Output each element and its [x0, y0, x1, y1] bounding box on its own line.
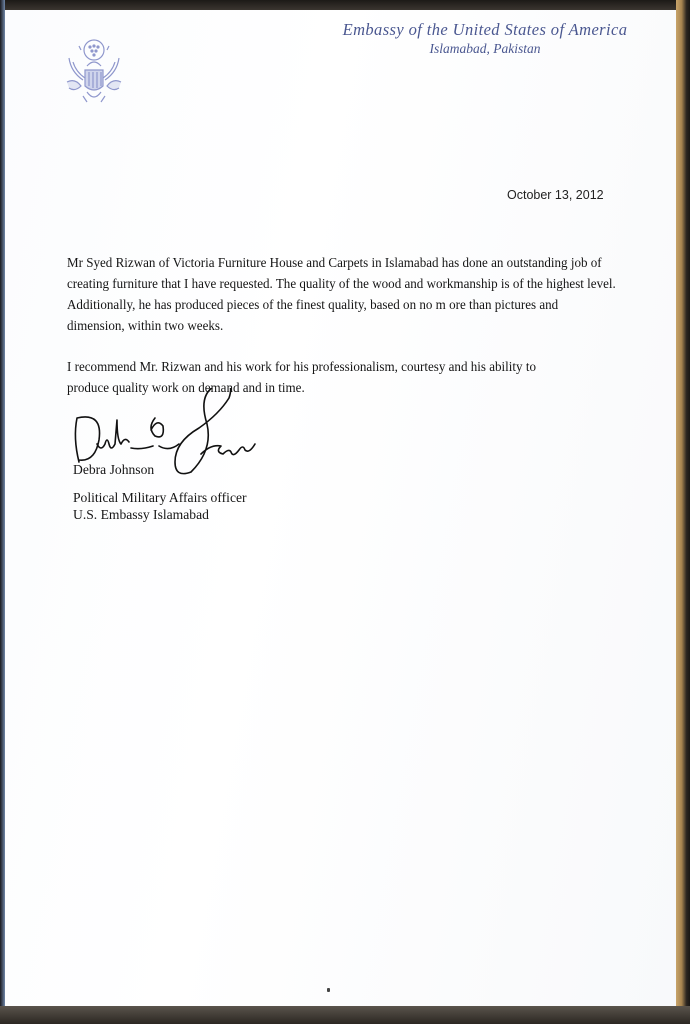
letterhead: Embassy of the United States of America … [305, 20, 665, 57]
letter-page: Embassy of the United States of America … [5, 10, 676, 1006]
letter-date: October 13, 2012 [507, 188, 604, 202]
letterhead-location: Islamabad, Pakistan [305, 41, 665, 57]
frame-right-edge [676, 0, 690, 1024]
letterhead-organization: Embassy of the United States of America [305, 20, 665, 40]
body-line: Additionally, he has produced pieces of … [67, 294, 605, 315]
page-speck [327, 988, 330, 992]
signatory-office: U.S. Embassy Islamabad [73, 507, 209, 523]
signatory-name: Debra Johnson [73, 462, 154, 478]
body-line: dimension, within two weeks. [67, 315, 605, 336]
frame-top-edge [0, 0, 690, 10]
body-line: I recommend Mr. Rizwan and his work for … [67, 356, 605, 377]
frame-bottom-edge [0, 1006, 690, 1024]
signatory-title: Political Military Affairs officer [73, 490, 247, 506]
great-seal-eagle-icon [59, 36, 129, 108]
body-line: Mr Syed Rizwan of Victoria Furniture Hou… [67, 252, 605, 273]
body-line: creating furniture that I have requested… [67, 273, 605, 294]
body-paragraph-1: Mr Syed Rizwan of Victoria Furniture Hou… [67, 252, 605, 336]
